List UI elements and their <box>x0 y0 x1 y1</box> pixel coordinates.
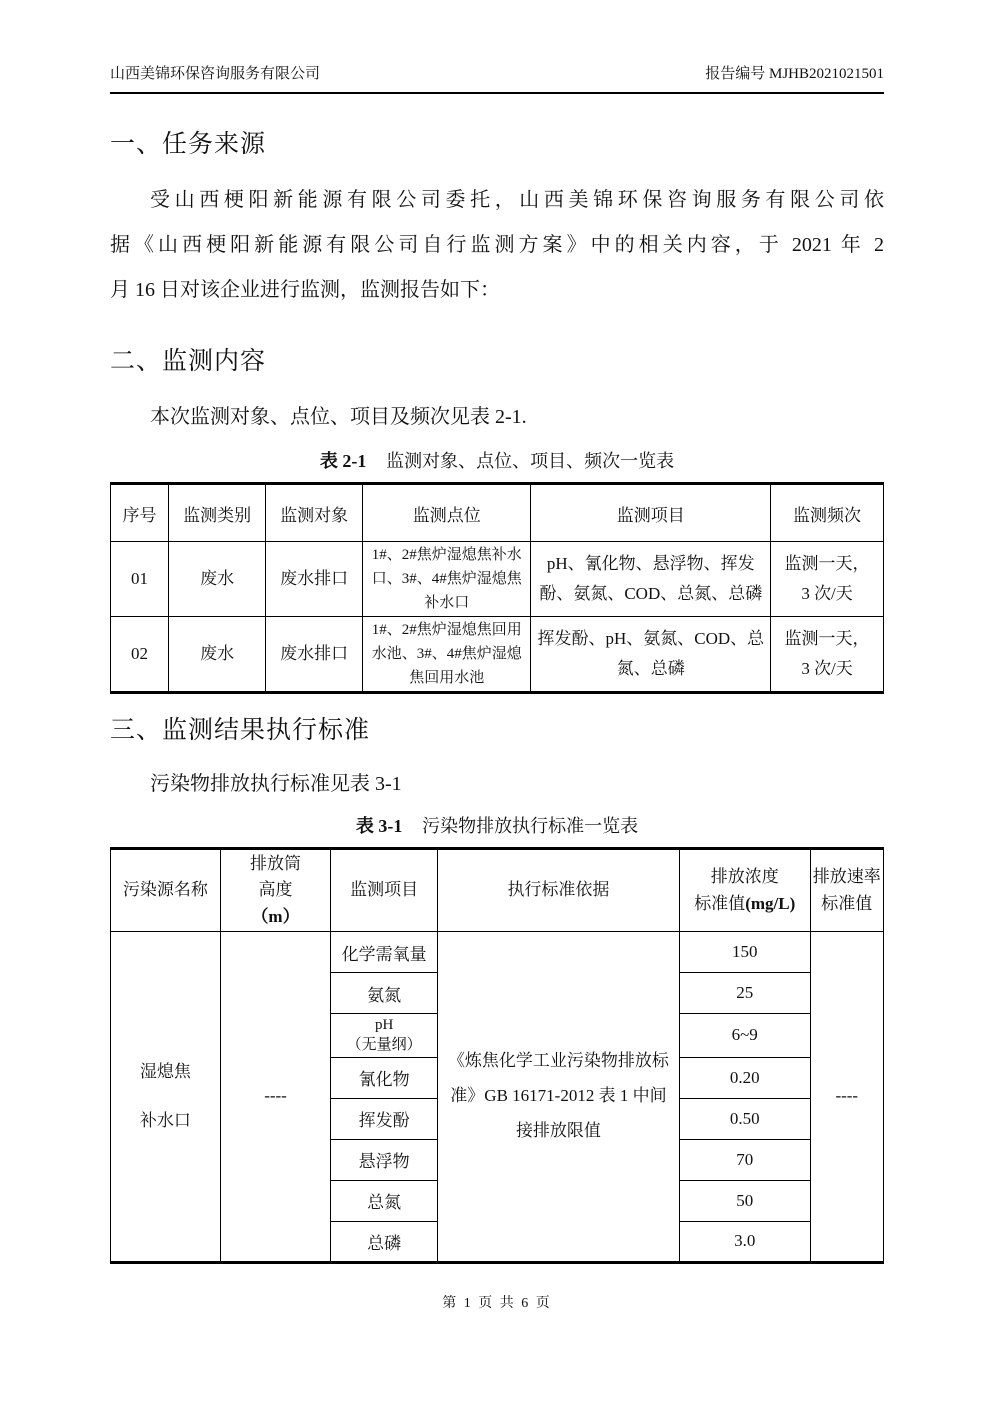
table-3-1-intro: 污染物排放执行标准见表 3-1 <box>110 770 884 798</box>
header-company: 山西美锦环保咨询服务有限公司 <box>110 62 320 83</box>
paragraph-line: 据《山西梗阳新能源有限公司自行监测方案》中的相关内容，于 2021 年 2 <box>110 223 884 268</box>
cell-frequency: 监测一天， 3 次/天 <box>771 542 884 617</box>
table-row: 湿熄焦 补水口 ---- 化学需氧量 《炼焦化学工业污染物排放标准》GB 161… <box>111 932 884 973</box>
cell-category: 废水 <box>168 617 265 693</box>
table-3-1-header-row: 污染源名称 排放筒高度（m） 监测项目 执行标准依据 排放浓度标准值(mg/L)… <box>111 849 884 932</box>
col-header-point: 监测点位 <box>362 484 531 542</box>
col-header-rate: 排放速率标准值 <box>810 849 883 932</box>
section-title-monitoring-content: 二、监测内容 <box>110 341 884 377</box>
cell-limit: 150 <box>679 932 810 973</box>
concentration-line: 标准值 <box>694 894 745 913</box>
cell-item: 氨氮 <box>331 973 438 1014</box>
table-row: 02 废水 废水排口 1#、2#焦炉湿熄焦回用水池、3#、4#焦炉湿熄焦回用水池… <box>111 617 884 693</box>
cell-stack-height: ---- <box>220 932 331 1263</box>
cell-object: 废水排口 <box>266 617 363 693</box>
table-2-1-caption: 表 2-1监测对象、点位、项目、频次一览表 <box>110 449 884 474</box>
col-header-object: 监测对象 <box>266 484 363 542</box>
col-header-basis: 执行标准依据 <box>437 849 679 932</box>
cell-item: pH （无量纲） <box>331 1014 438 1058</box>
col-header-item: 监测项目 <box>331 849 438 932</box>
cell-limit: 6~9 <box>679 1014 810 1058</box>
task-source-paragraph: 受山西梗阳新能源有限公司委托，山西美锦环保咨询服务有限公司依 据《山西梗阳新能源… <box>110 178 884 313</box>
cell-limit: 0.50 <box>679 1098 810 1139</box>
col-header-category: 监测类别 <box>168 484 265 542</box>
cell-limit: 50 <box>679 1180 810 1221</box>
col-header-seq: 序号 <box>111 484 169 542</box>
cell-frequency: 监测一天， 3 次/天 <box>771 617 884 693</box>
cell-item: 氰化物 <box>331 1057 438 1098</box>
cell-category: 废水 <box>168 542 265 617</box>
table-3-1: 污染源名称 排放筒高度（m） 监测项目 执行标准依据 排放浓度标准值(mg/L)… <box>110 847 884 1264</box>
table-2-1-header-row: 序号 监测类别 监测对象 监测点位 监测项目 监测频次 <box>111 484 884 542</box>
stack-height-line: 高度 <box>259 880 293 899</box>
table-row: 01 废水 废水排口 1#、2#焦炉湿熄焦补水口、3#、4#焦炉湿熄焦补水口 p… <box>111 542 884 617</box>
cell-item: 总氮 <box>331 1180 438 1221</box>
cell-item: 挥发酚 <box>331 1098 438 1139</box>
cell-rate: ---- <box>810 932 883 1263</box>
cell-point: 1#、2#焦炉湿熄焦补水口、3#、4#焦炉湿熄焦补水口 <box>362 542 531 617</box>
cell-point: 1#、2#焦炉湿熄焦回用水池、3#、4#焦炉湿熄焦回用水池 <box>362 617 531 693</box>
stack-height-line: 排放筒 <box>250 854 301 873</box>
paragraph-line: 月 16 日对该企业进行监测，监测报告如下： <box>110 268 884 313</box>
cell-items: 挥发酚、pH、氨氮、COD、总氮、总磷 <box>531 617 771 693</box>
section-title-task-source: 一、任务来源 <box>110 124 884 160</box>
document-page: 山西美锦环保咨询服务有限公司 报告编号 MJHB2021021501 一、任务来… <box>0 0 992 1312</box>
cell-source-name: 湿熄焦 补水口 <box>111 932 221 1263</box>
table-2-1: 序号 监测类别 监测对象 监测点位 监测项目 监测频次 01 废水 废水排口 1… <box>110 482 884 694</box>
cell-object: 废水排口 <box>266 542 363 617</box>
table-3-1-caption-title: 污染物排放执行标准一览表 <box>422 816 638 836</box>
cell-item: 悬浮物 <box>331 1139 438 1180</box>
section-title-standards: 三、监测结果执行标准 <box>110 710 884 746</box>
concentration-line: 排放浓度 <box>711 867 779 886</box>
concentration-unit: (mg/L) <box>745 894 795 913</box>
cell-item: 化学需氧量 <box>331 932 438 973</box>
stack-height-unit: （m） <box>251 907 299 926</box>
table-3-1-caption: 表 3-1污染物排放执行标准一览表 <box>110 814 884 839</box>
col-header-concentration: 排放浓度标准值(mg/L) <box>679 849 810 932</box>
table-2-1-caption-title: 监测对象、点位、项目、频次一览表 <box>386 451 674 471</box>
col-header-items: 监测项目 <box>531 484 771 542</box>
cell-seq: 02 <box>111 617 169 693</box>
cell-limit: 70 <box>679 1139 810 1180</box>
cell-limit: 0.20 <box>679 1057 810 1098</box>
cell-limit: 25 <box>679 973 810 1014</box>
col-header-frequency: 监测频次 <box>771 484 884 542</box>
table-2-1-caption-number: 表 2-1 <box>320 451 367 471</box>
cell-items: pH、氰化物、悬浮物、挥发酚、氨氮、COD、总氮、总磷 <box>531 542 771 617</box>
cell-basis: 《炼焦化学工业污染物排放标准》GB 16171-2012 表 1 中间接排放限值 <box>437 932 679 1263</box>
header-report-number: 报告编号 MJHB2021021501 <box>705 62 884 83</box>
cell-seq: 01 <box>111 542 169 617</box>
cell-item: 总磷 <box>331 1221 438 1262</box>
col-header-source: 污染源名称 <box>111 849 221 932</box>
col-header-stack-height: 排放筒高度（m） <box>220 849 331 932</box>
table-2-1-intro: 本次监测对象、点位、项目及频次见表 2-1. <box>110 403 884 431</box>
table-3-1-caption-number: 表 3-1 <box>356 816 403 836</box>
paragraph-line: 受山西梗阳新能源有限公司委托，山西美锦环保咨询服务有限公司依 <box>110 178 884 223</box>
page-header: 山西美锦环保咨询服务有限公司 报告编号 MJHB2021021501 <box>110 0 884 94</box>
cell-limit: 3.0 <box>679 1221 810 1262</box>
page-number: 第 1 页 共 6 页 <box>110 1292 884 1312</box>
